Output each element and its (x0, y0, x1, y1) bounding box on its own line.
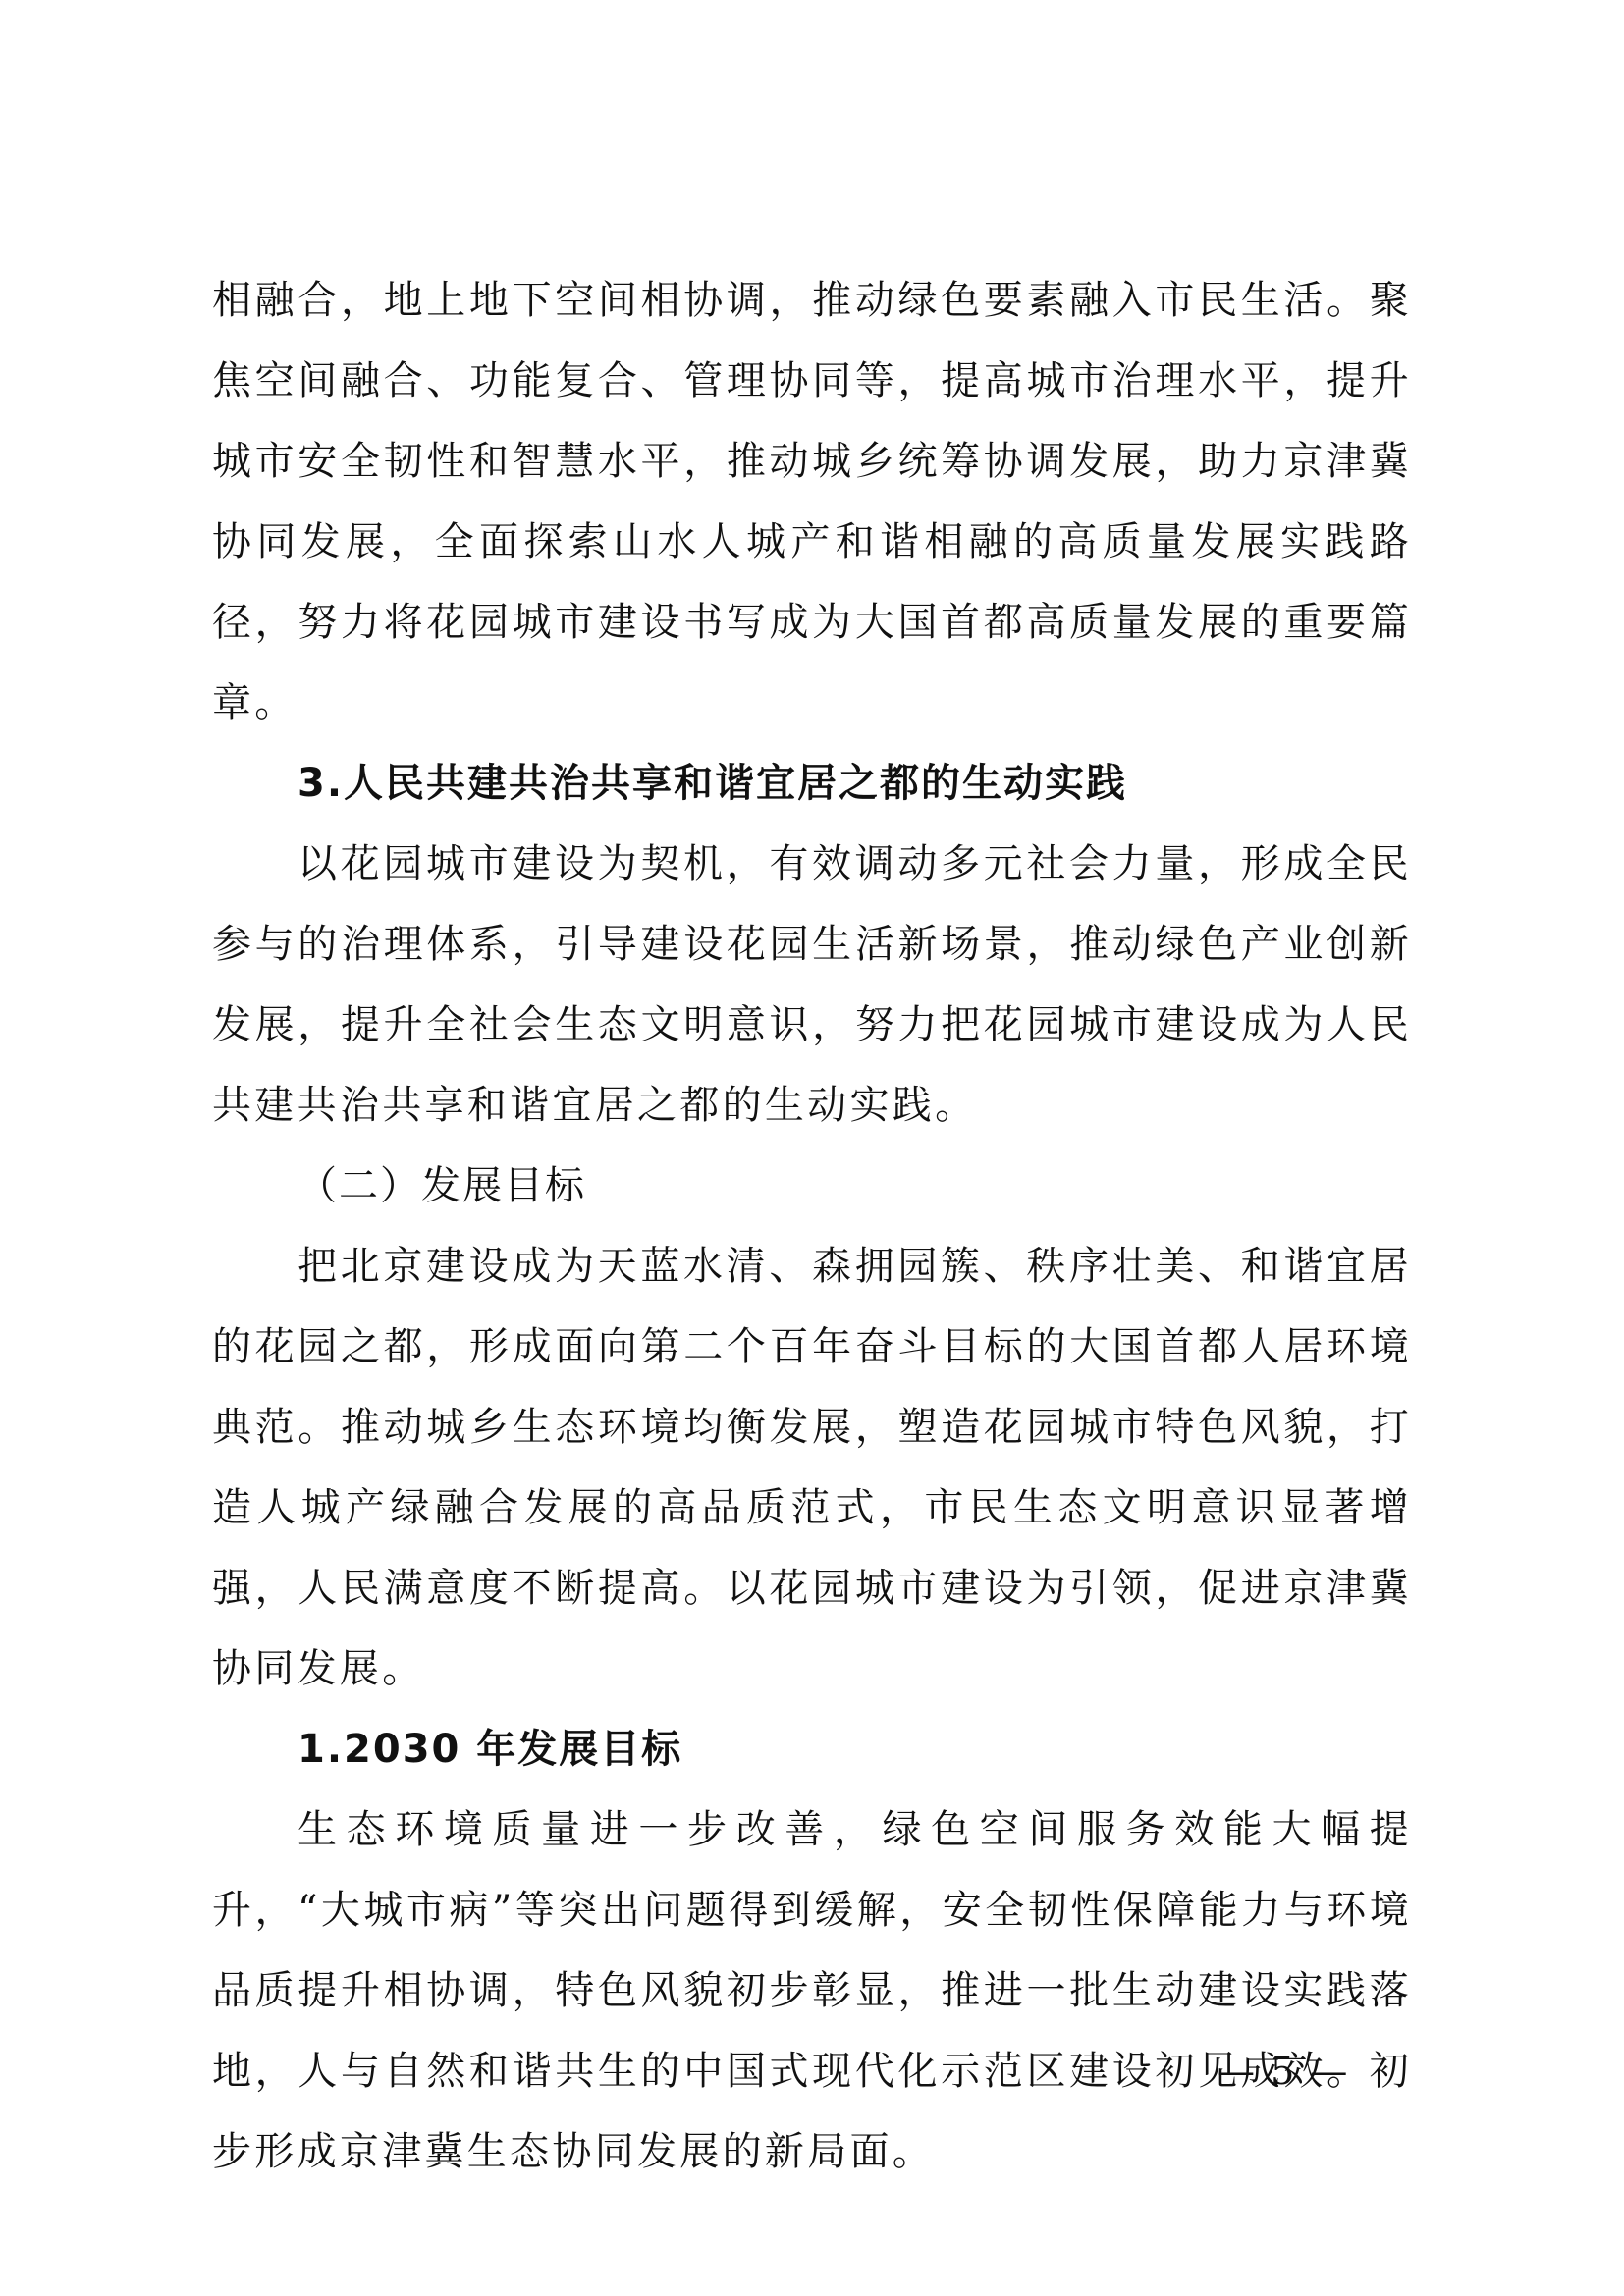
heading-development-goals: （二）发展目标 (212, 1146, 1412, 1226)
page-number: — 5 — (1218, 2044, 1349, 2099)
heading-people-co-governance: 3.人民共建共治共享和谐宜居之都的生动实践 (212, 743, 1412, 824)
heading-2030-goals: 1.2030 年发展目标 (212, 1709, 1412, 1789)
paragraph-people-co-governance: 以花园城市建设为契机，有效调动多元社会力量，形成全民参与的治理体系，引导建设花园… (212, 824, 1412, 1146)
paragraph-2030-goals: 生态环境质量进一步改善，绿色空间服务效能大幅提升，“大城市病”等突出问题得到缓解… (212, 1789, 1412, 2192)
document-page: 相融合，地上地下空间相协调，推动绿色要素融入市民生活。聚焦空间融合、功能复合、管… (212, 260, 1412, 2192)
paragraph-strategy-continued: 相融合，地上地下空间相协调，推动绿色要素融入市民生活。聚焦空间融合、功能复合、管… (212, 260, 1412, 743)
paragraph-development-goals: 把北京建设成为天蓝水清、森拥园簇、秩序壮美、和谐宜居的花园之都，形成面向第二个百… (212, 1226, 1412, 1709)
